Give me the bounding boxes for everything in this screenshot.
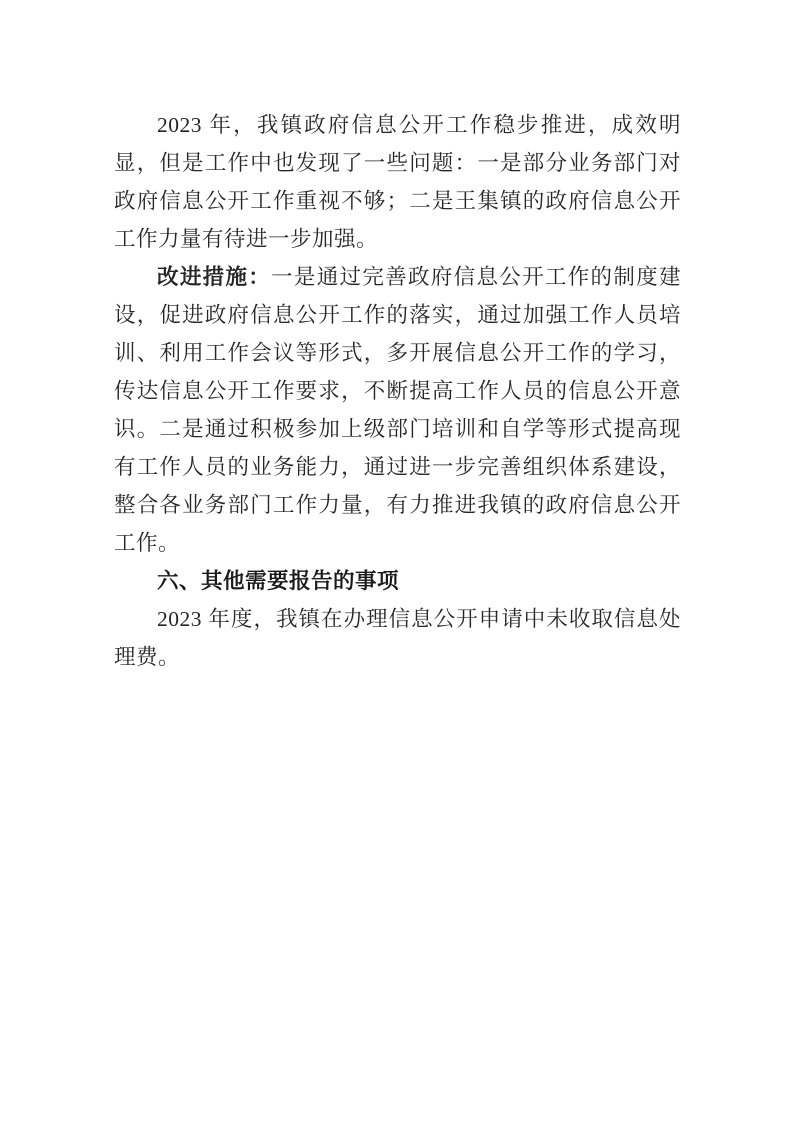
paragraph-improvement-measures-lead: 改进措施： <box>157 265 271 289</box>
document-page: 2023 年，我镇政府信息公开工作稳步推进，成效明显，但是工作中也发现了一些问题… <box>0 0 793 1122</box>
paragraph-processing-fee: 2023 年度，我镇在办理信息公开申请中未收取信息处理费。 <box>114 600 681 676</box>
paragraph-improvement-measures: 改进措施：一是通过完善政府信息公开工作的制度建设，促进政府信息公开工作的落实，通… <box>114 258 681 562</box>
paragraph-summary-issues: 2023 年，我镇政府信息公开工作稳步推进，成效明显，但是工作中也发现了一些问题… <box>114 106 681 258</box>
section-heading-other-matters: 六、其他需要报告的事项 <box>114 562 681 600</box>
paragraph-improvement-measures-text: 一是通过完善政府信息公开工作的制度建设，促进政府信息公开工作的落实，通过加强工作… <box>114 265 681 555</box>
document-body: 2023 年，我镇政府信息公开工作稳步推进，成效明显，但是工作中也发现了一些问题… <box>114 106 681 676</box>
